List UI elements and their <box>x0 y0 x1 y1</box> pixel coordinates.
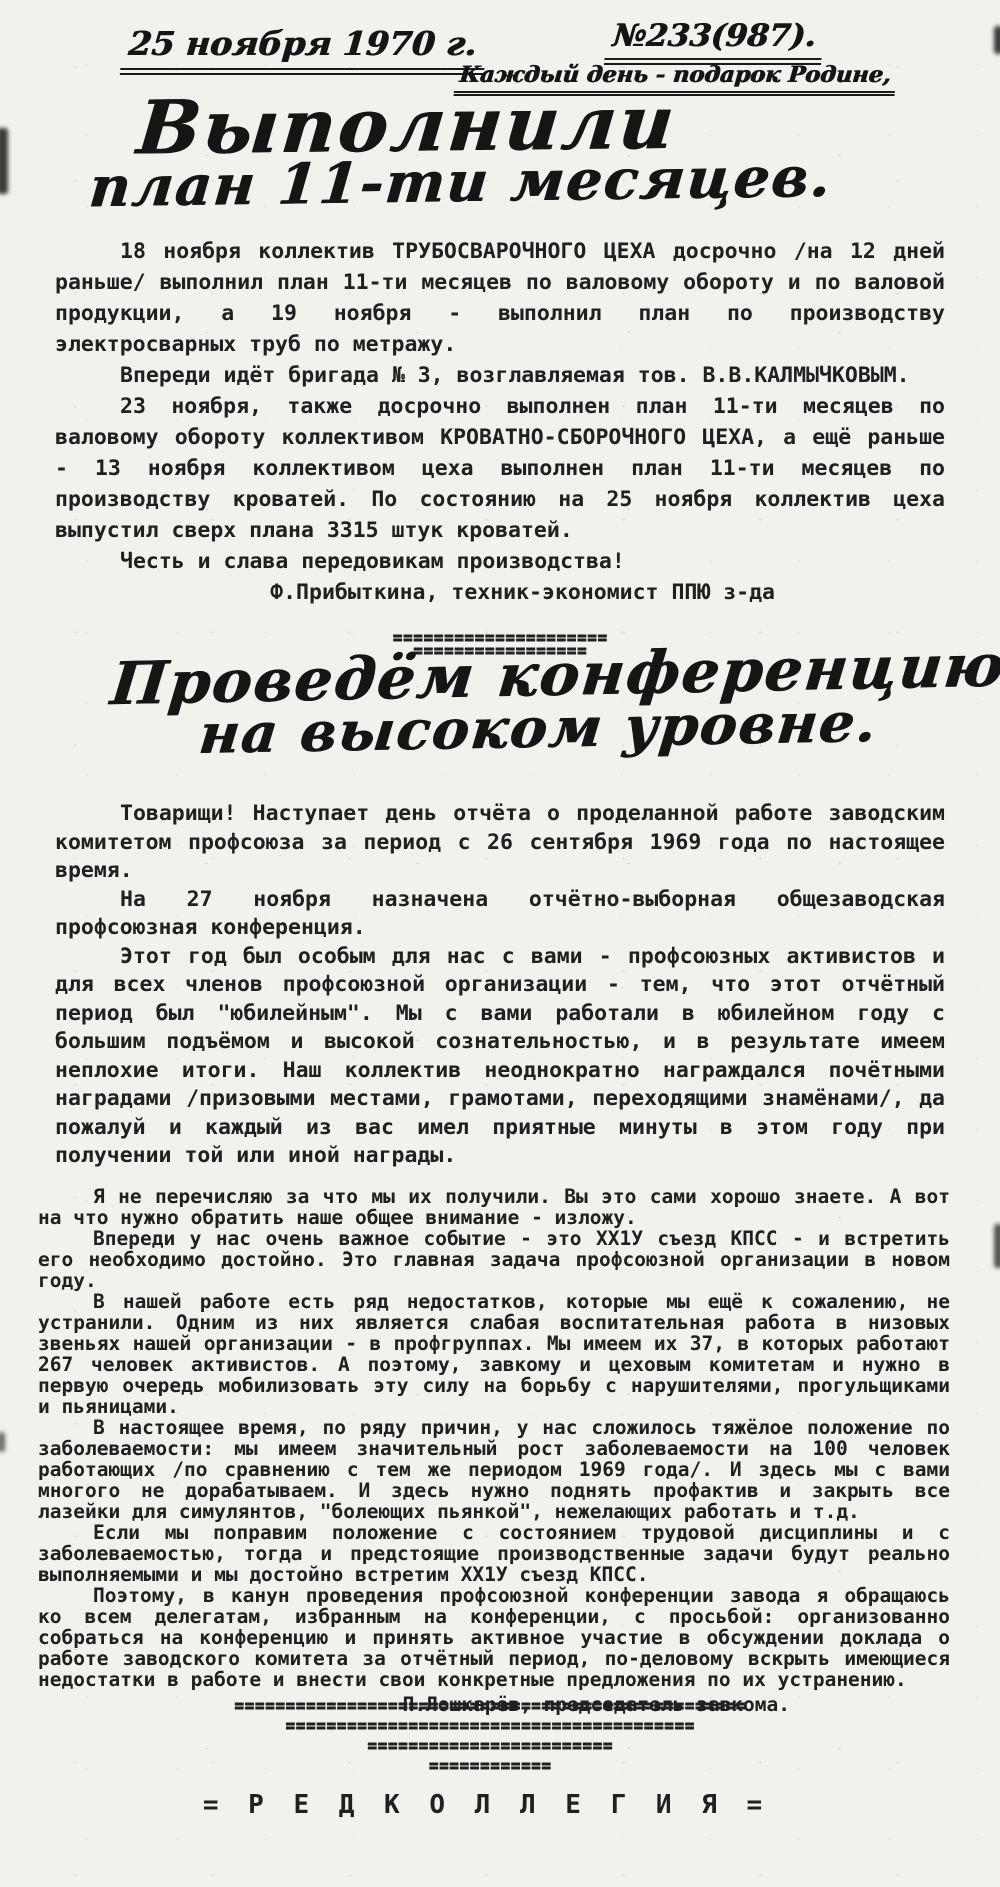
article2-paragraph: Я не перечисляю за что мы их получили. В… <box>38 1186 950 1228</box>
divider-row: ============ <box>0 1756 990 1776</box>
article1-body: 18 ноября коллектив ТРУБОСВАРОЧНОГО ЦЕХА… <box>55 236 945 608</box>
scan-artifact <box>0 128 8 194</box>
article2-title-line2: на высоком уровне. <box>196 689 1000 765</box>
article2-paragraph: Этот год был особым для нас с вами - про… <box>55 943 945 1171</box>
article1-paragraph: 23 ноября, также досрочно выполнен план … <box>55 391 945 546</box>
scan-artifact <box>994 1224 1000 1268</box>
article2-paragraph: На 27 ноября назначена отчётно-выборная … <box>55 886 945 943</box>
divider-row: ======================== <box>0 1736 990 1756</box>
article1-title-line2: план 11-ти месяцев. <box>87 144 1000 219</box>
article2-body-spaced: Товарищи! Наступает день отчёта о продел… <box>55 800 945 1171</box>
scanned-newsletter-page: 25 ноября 1970 г. №233(987). Каждый день… <box>0 0 1000 1887</box>
editorial-board-label: = Р Е Д К О Л Л Е Г И Я = <box>0 1790 986 1820</box>
scan-artifact <box>0 1432 5 1452</box>
article2-paragraph: В нашей работе есть ряд недостатков, кот… <box>38 1291 950 1417</box>
article2-title: Проведём конференцию на высоком уровне. <box>0 642 1000 758</box>
article1-paragraph: Впереди идёт бригада № 3, возглавляемая … <box>55 360 945 391</box>
article2-paragraph: Впереди у нас очень важное событие - это… <box>38 1228 950 1291</box>
issue-date: 25 ноября 1970 г. <box>120 24 488 75</box>
article1-signature: Ф.Прибыткина, техник-экономист ППЮ з-да <box>55 577 945 608</box>
article1-paragraph: 18 ноября коллектив ТРУБОСВАРОЧНОГО ЦЕХА… <box>55 236 945 360</box>
issue-number: №233(987). <box>604 18 825 65</box>
article2-paragraph: Товарищи! Наступает день отчёта о продел… <box>55 800 945 886</box>
article1-title: Выполнили план 11-ти месяцев. <box>0 84 1000 212</box>
article2-paragraph: Если мы поправим положение с состоянием … <box>38 1522 950 1585</box>
scan-artifact <box>994 26 1000 54</box>
article1-closing-line: Честь и слава передовикам производства! <box>55 546 945 577</box>
article2-body-tight: Я не перечисляю за что мы их получили. В… <box>38 1186 950 1715</box>
article2-paragraph: В настоящее время, по ряду причин, у нас… <box>38 1417 950 1522</box>
divider-row: ======================================== <box>0 1716 990 1736</box>
footer-divider-pyramid: ========================================… <box>0 1696 1000 1776</box>
article2-paragraph: Поэтому, в канун проведения профсоюзной … <box>38 1585 950 1690</box>
divider-row: ========================================… <box>0 1696 990 1716</box>
